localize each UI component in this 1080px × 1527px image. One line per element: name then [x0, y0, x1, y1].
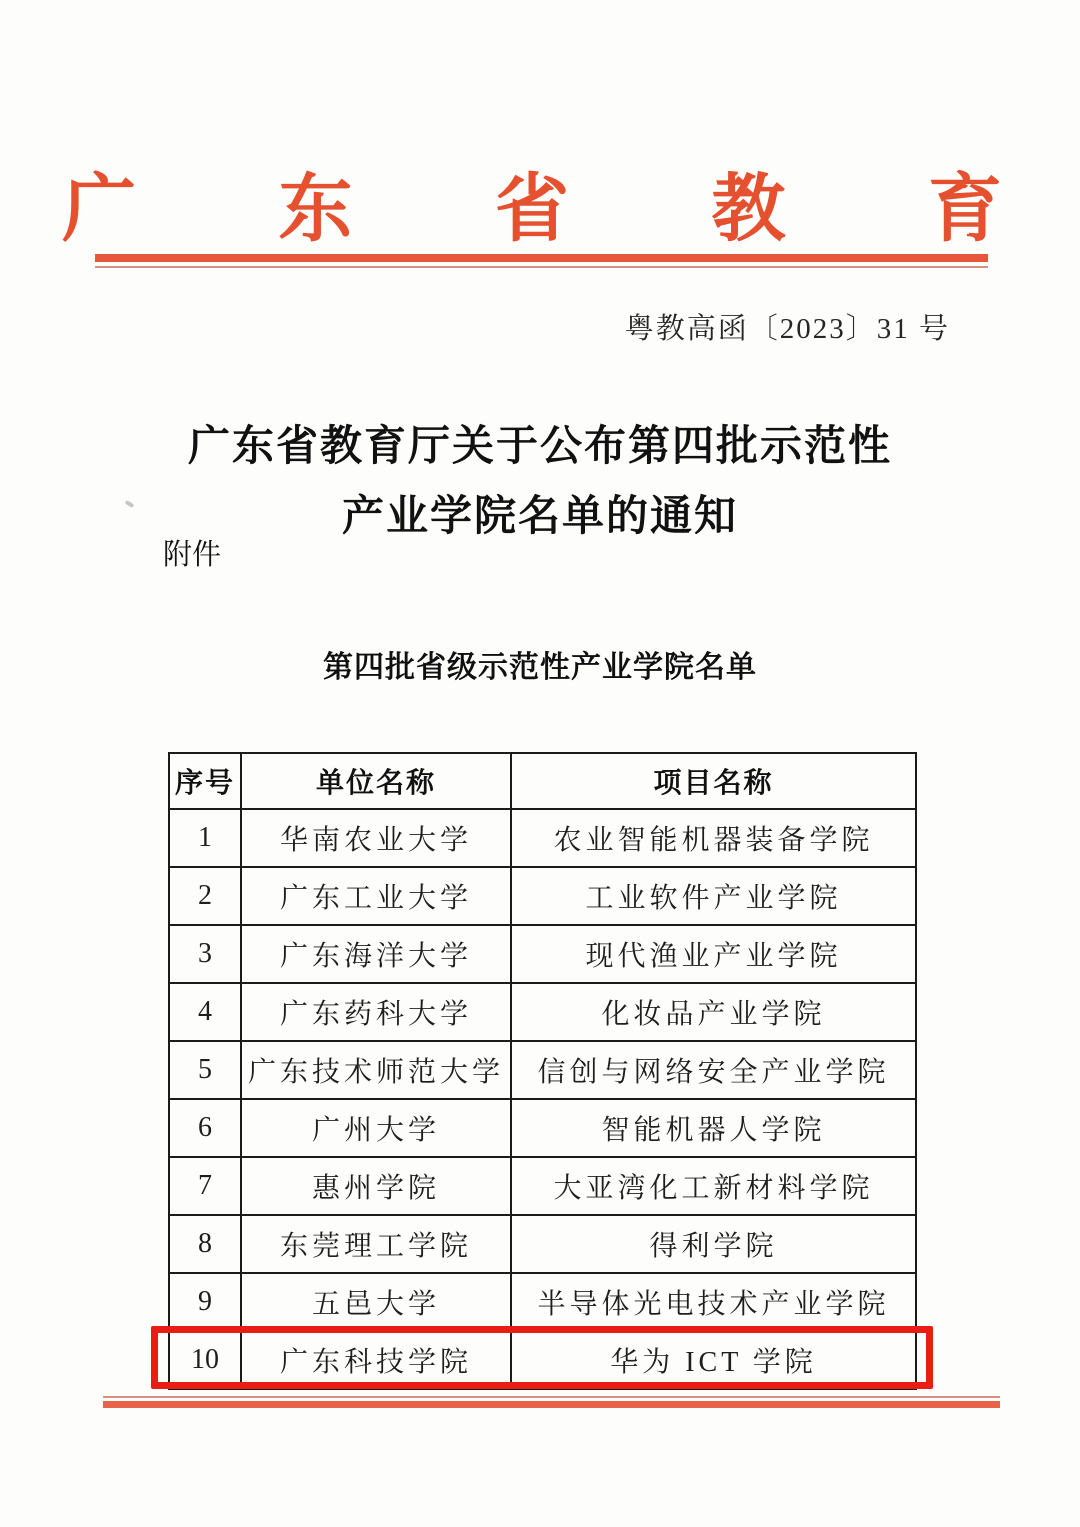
- attachment-label: 附件: [163, 532, 221, 573]
- letterhead-divider: [95, 254, 988, 268]
- row-number: 5: [169, 1041, 241, 1099]
- org-name: 五邑大学: [241, 1273, 511, 1331]
- org-name: 广东科技学院: [241, 1331, 511, 1389]
- project-name: 得利学院: [511, 1215, 916, 1273]
- project-name: 半导体光电技术产业学院: [511, 1273, 916, 1331]
- divider-thick-line: [103, 1401, 1000, 1408]
- table-row-highlighted: 10 广东科技学院 华为 ICT 学院: [169, 1331, 916, 1389]
- row-number: 2: [169, 867, 241, 925]
- row-number: 3: [169, 925, 241, 983]
- org-name: 广东技术师范大学: [241, 1041, 511, 1099]
- table-row: 7 惠州学院 大亚湾化工新材料学院: [169, 1157, 916, 1215]
- row-number: 8: [169, 1215, 241, 1273]
- project-name: 信创与网络安全产业学院: [511, 1041, 916, 1099]
- table-caption: 第四批省级示范性产业学院名单: [0, 642, 1080, 686]
- org-name: 广州大学: [241, 1099, 511, 1157]
- table-row: 9 五邑大学 半导体光电技术产业学院: [169, 1273, 916, 1331]
- org-name: 华南农业大学: [241, 809, 511, 867]
- divider-thin-line: [103, 1396, 1000, 1398]
- header-cell-no: 序号: [169, 753, 241, 809]
- doc-number: 粤教高函〔2023〕31 号: [625, 306, 950, 347]
- footer-divider: [103, 1396, 1000, 1408]
- row-number: 7: [169, 1157, 241, 1215]
- table-row: 6 广州大学 智能机器人学院: [169, 1099, 916, 1157]
- doc-title: 广东省教育厅关于公布第四批示范性 产业学院名单的通知: [0, 412, 1080, 552]
- doc-title-line1: 广东省教育厅关于公布第四批示范性: [0, 412, 1080, 482]
- table-row: 4 广东药科大学 化妆品产业学院: [169, 983, 916, 1041]
- table-row: 8 东莞理工学院 得利学院: [169, 1215, 916, 1273]
- letterhead-title: 广 东 省 教 育 厅: [0, 150, 1080, 256]
- project-name: 华为 ICT 学院: [511, 1331, 916, 1389]
- college-list-table: 序号 单位名称 项目名称 1 华南农业大学 农业智能机器装备学院 2 广东工业大…: [168, 752, 917, 1390]
- org-name: 惠州学院: [241, 1157, 511, 1215]
- project-name: 化妆品产业学院: [511, 983, 916, 1041]
- header-cell-org: 单位名称: [241, 753, 511, 809]
- project-name: 工业软件产业学院: [511, 867, 916, 925]
- divider-thin-line: [95, 266, 988, 268]
- document-page: 广 东 省 教 育 厅 粤教高函〔2023〕31 号 广东省教育厅关于公布第四批…: [0, 0, 1080, 1527]
- project-name: 农业智能机器装备学院: [511, 809, 916, 867]
- table-row: 3 广东海洋大学 现代渔业产业学院: [169, 925, 916, 983]
- row-number: 1: [169, 809, 241, 867]
- table-row: 5 广东技术师范大学 信创与网络安全产业学院: [169, 1041, 916, 1099]
- row-number: 6: [169, 1099, 241, 1157]
- row-number: 4: [169, 983, 241, 1041]
- org-name: 广东海洋大学: [241, 925, 511, 983]
- org-name: 东莞理工学院: [241, 1215, 511, 1273]
- project-name: 大亚湾化工新材料学院: [511, 1157, 916, 1215]
- row-number: 9: [169, 1273, 241, 1331]
- table-row: 2 广东工业大学 工业软件产业学院: [169, 867, 916, 925]
- divider-thick-line: [95, 254, 988, 262]
- org-name: 广东药科大学: [241, 983, 511, 1041]
- table-header-row: 序号 单位名称 项目名称: [169, 753, 916, 809]
- doc-title-line2: 产业学院名单的通知: [0, 482, 1080, 552]
- row-number: 10: [169, 1331, 241, 1389]
- project-name: 现代渔业产业学院: [511, 925, 916, 983]
- table-row: 1 华南农业大学 农业智能机器装备学院: [169, 809, 916, 867]
- header-cell-project: 项目名称: [511, 753, 916, 809]
- project-name: 智能机器人学院: [511, 1099, 916, 1157]
- org-name: 广东工业大学: [241, 867, 511, 925]
